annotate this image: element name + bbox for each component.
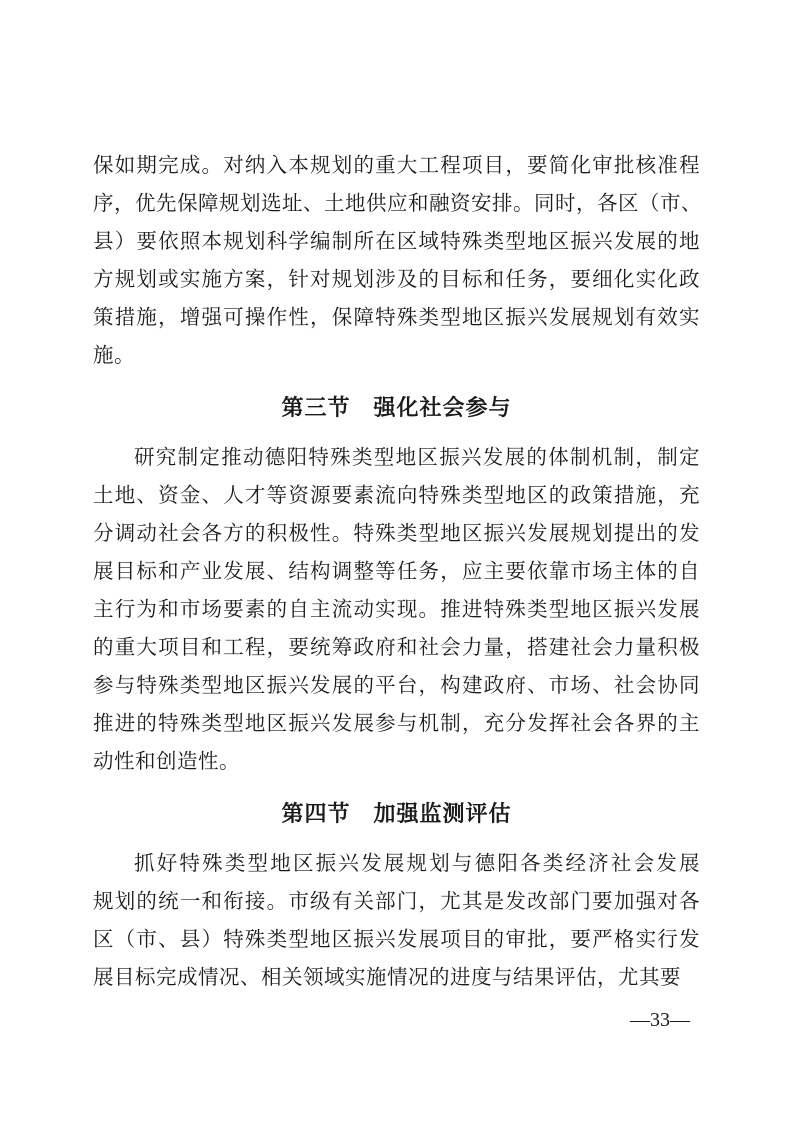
paragraph: 保如期完成。对纳入本规划的重大工程项目，要简化审批核准程序，优先保障规划选址、土…: [93, 147, 700, 375]
section-heading: 第四节 加强监测评估: [93, 795, 700, 833]
text-line: 规划的统一和衔接。市级有关部门，尤其是发改部门要加强对各: [93, 883, 700, 921]
document-content: 保如期完成。对纳入本规划的重大工程项目，要简化审批核准程序，优先保障规划选址、土…: [93, 147, 700, 997]
text-line: 研究制定推动德阳特殊类型地区振兴发展的体制机制，制定: [93, 439, 700, 477]
page-number: —33—: [93, 1008, 700, 1032]
text-line: 县）要依照本规划科学编制所在区域特殊类型地区振兴发展的地: [93, 223, 700, 261]
section-heading: 第三节 强化社会参与: [93, 389, 700, 427]
text-line: 序，优先保障规划选址、土地供应和融资安排。同时，各区（市、: [93, 185, 700, 223]
paragraph: 抓好特殊类型地区振兴发展规划与德阳各类经济社会发展规划的统一和衔接。市级有关部门…: [93, 845, 700, 997]
text-line: 策措施，增强可操作性，保障特殊类型地区振兴发展规划有效实: [93, 299, 700, 337]
text-line: 土地、资金、人才等资源要素流向特殊类型地区的政策措施，充: [93, 477, 700, 515]
text-line: 区（市、县）特殊类型地区振兴发展项目的审批，要严格实行发: [93, 921, 700, 959]
document-page: 保如期完成。对纳入本规划的重大工程项目，要简化审批核准程序，优先保障规划选址、土…: [0, 0, 793, 1122]
text-line: 参与特殊类型地区振兴发展的平台，构建政府、市场、社会协同: [93, 667, 700, 705]
text-line: 动性和创造性。: [93, 743, 700, 781]
text-line: 保如期完成。对纳入本规划的重大工程项目，要简化审批核准程: [93, 147, 700, 185]
text-line: 施。: [93, 337, 700, 375]
text-line: 方规划或实施方案，针对规划涉及的目标和任务，要细化实化政: [93, 261, 700, 299]
text-line: 的重大项目和工程，要统筹政府和社会力量，搭建社会力量积极: [93, 629, 700, 667]
text-line: 展目标完成情况、相关领域实施情况的进度与结果评估，尤其要: [93, 959, 700, 997]
text-line: 主行为和市场要素的自主流动实现。推进特殊类型地区振兴发展: [93, 591, 700, 629]
paragraph: 研究制定推动德阳特殊类型地区振兴发展的体制机制，制定土地、资金、人才等资源要素流…: [93, 439, 700, 781]
text-line: 推进的特殊类型地区振兴发展参与机制，充分发挥社会各界的主: [93, 705, 700, 743]
text-line: 分调动社会各方的积极性。特殊类型地区振兴发展规划提出的发: [93, 515, 700, 553]
text-line: 展目标和产业发展、结构调整等任务，应主要依靠市场主体的自: [93, 553, 700, 591]
text-line: 抓好特殊类型地区振兴发展规划与德阳各类经济社会发展: [93, 845, 700, 883]
